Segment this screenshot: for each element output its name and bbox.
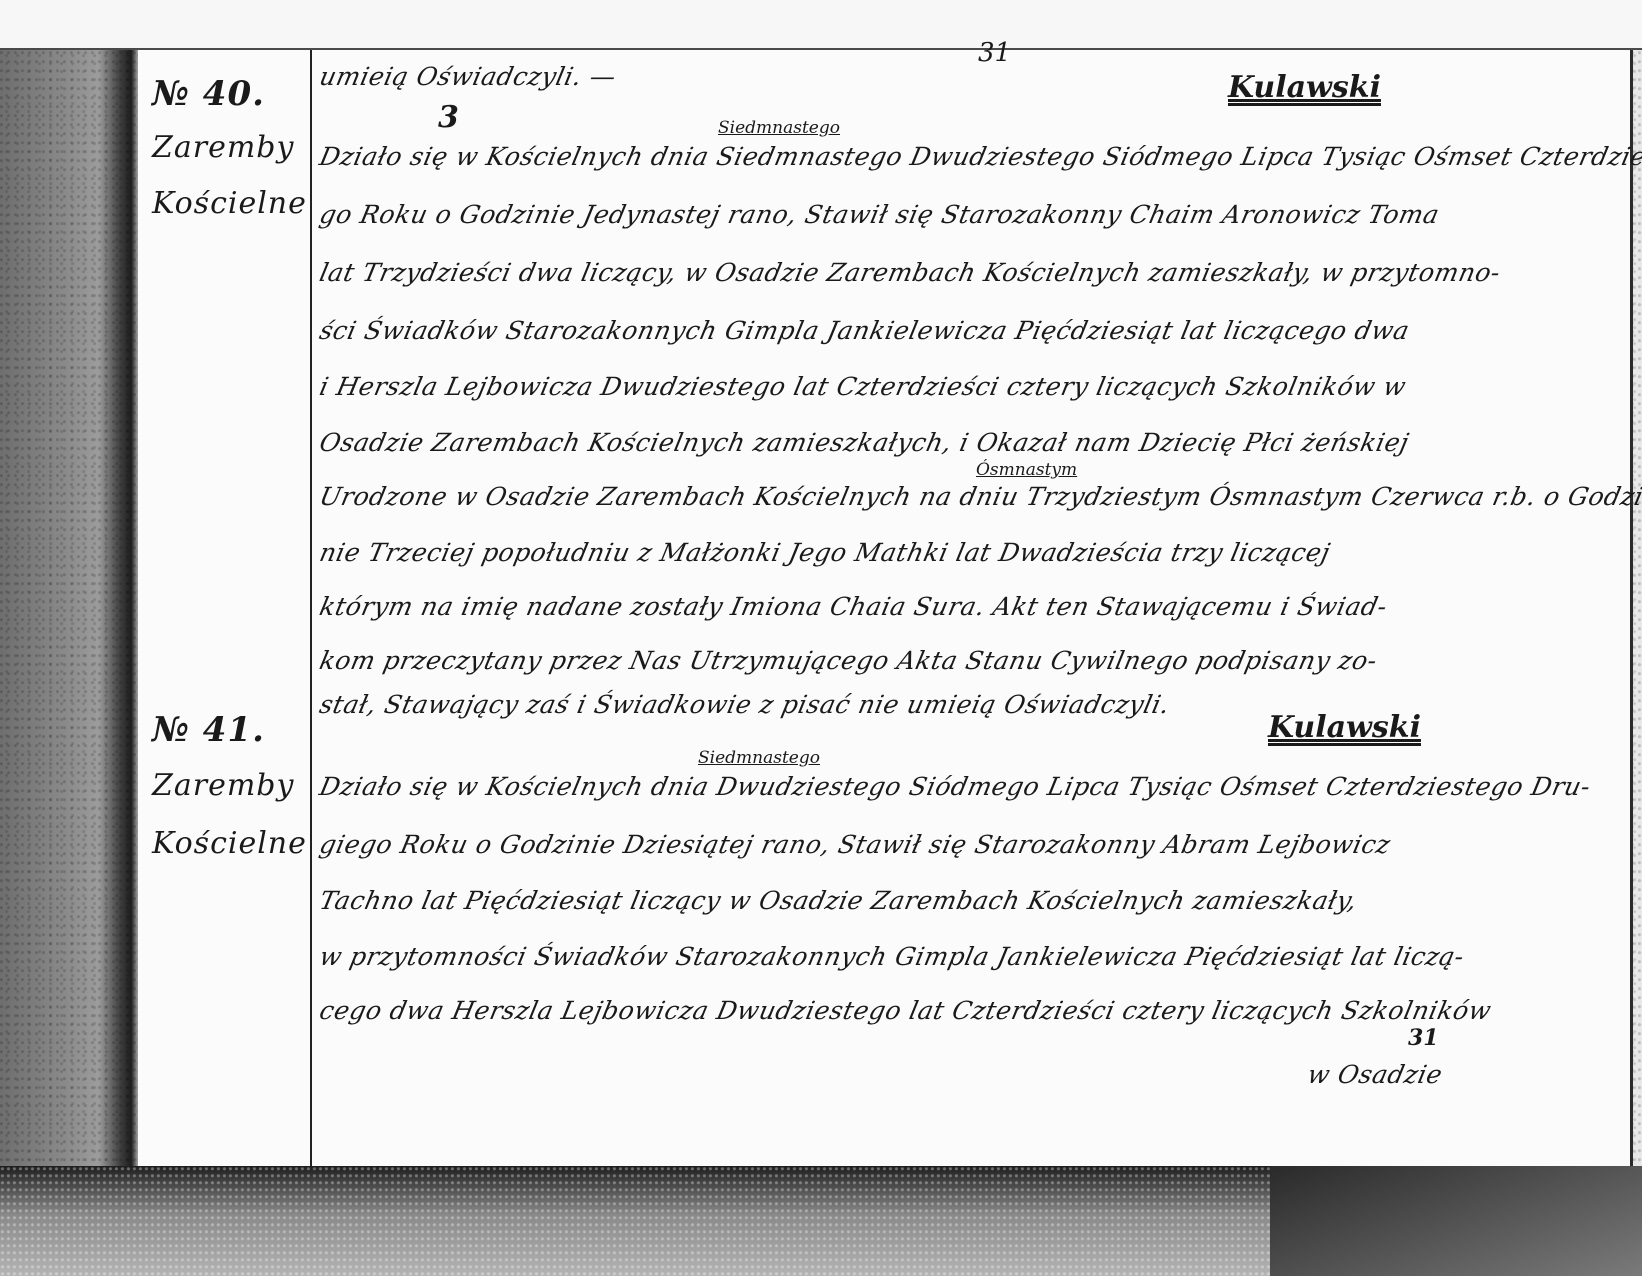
entry-41-interlinear-1: Siedmnastego	[698, 748, 820, 768]
entry-40-place-line-2: Kościelne	[152, 186, 307, 221]
entry-40-line-9: którym na imię nadane zostały Imiona Cha…	[317, 592, 1390, 621]
margin-rule	[310, 50, 312, 1166]
entry-41-line-5: w Osadzie	[1305, 1060, 1445, 1089]
stray-mark: 3	[438, 100, 459, 135]
entry-40-line-10: kom przeczytany przez Nas Utrzymującego …	[317, 646, 1380, 675]
entry-41-line-1: giego Roku o Godzinie Dziesiątej rano, S…	[317, 830, 1393, 859]
entry-40-line-11: stał, Stawający zaś i Świadkowie z pisać…	[317, 690, 1173, 719]
entry-41-line-3: w przytomności Świadków Starozakonnych G…	[317, 942, 1467, 971]
entry-40-line-7: Urodzone w Osadzie Zarembach Kościelnych…	[317, 482, 1642, 511]
page-marker: 31	[978, 38, 1011, 68]
entry-41-line-0: Działo się w Kościelnych dnia Dwudzieste…	[317, 772, 1593, 801]
entry-40-line-0: umieią Oświadczyli. —	[317, 62, 619, 91]
entry-41-place-line-1: Zaremby	[152, 768, 294, 803]
registry-page: 31 № 40. Zaremby Kościelne umieią Oświad…	[138, 50, 1633, 1170]
entry-40-place-line-1: Zaremby	[152, 130, 294, 165]
entry-40-interlinear-1: Siedmnastego	[718, 118, 840, 138]
entry-40-line-3: lat Trzydzieści dwa liczący, w Osadzie Z…	[317, 258, 1503, 287]
stray-mark: 31	[1408, 1025, 1439, 1051]
entry-41-line-4: cego dwa Herszla Lejbowicza Dwudziestego…	[317, 996, 1494, 1025]
entry-40-interlinear-2: Ósmnastym	[976, 460, 1077, 480]
signature-entry-40: Kulawski	[1268, 710, 1421, 745]
entry-40-line-5: i Herszla Lejbowicza Dwudziestego lat Cz…	[317, 372, 1409, 401]
signature-top: Kulawski	[1228, 70, 1381, 105]
entry-41-line-2: Tachno lat Pięćdziesiąt liczący w Osadzi…	[317, 886, 1360, 915]
entry-number-41: № 41.	[152, 710, 265, 750]
entry-number-40: № 40.	[152, 74, 265, 114]
entry-40-line-2: go Roku o Godzinie Jedynastej rano, Staw…	[317, 200, 1442, 229]
scan-bottom-right-shadow	[1270, 1166, 1642, 1276]
entry-40-line-4: ści Świadków Starozakonnych Gimpla Janki…	[317, 316, 1412, 345]
entry-40-line-1: Działo się w Kościelnych dnia Siedmnaste…	[317, 142, 1642, 171]
entry-41-place-line-2: Kościelne	[152, 826, 307, 861]
entry-40-line-8: nie Trzeciej popołudniu z Małżonki Jego …	[317, 538, 1333, 567]
entry-40-line-6: Osadzie Zarembach Kościelnych zamieszkał…	[317, 428, 1412, 457]
